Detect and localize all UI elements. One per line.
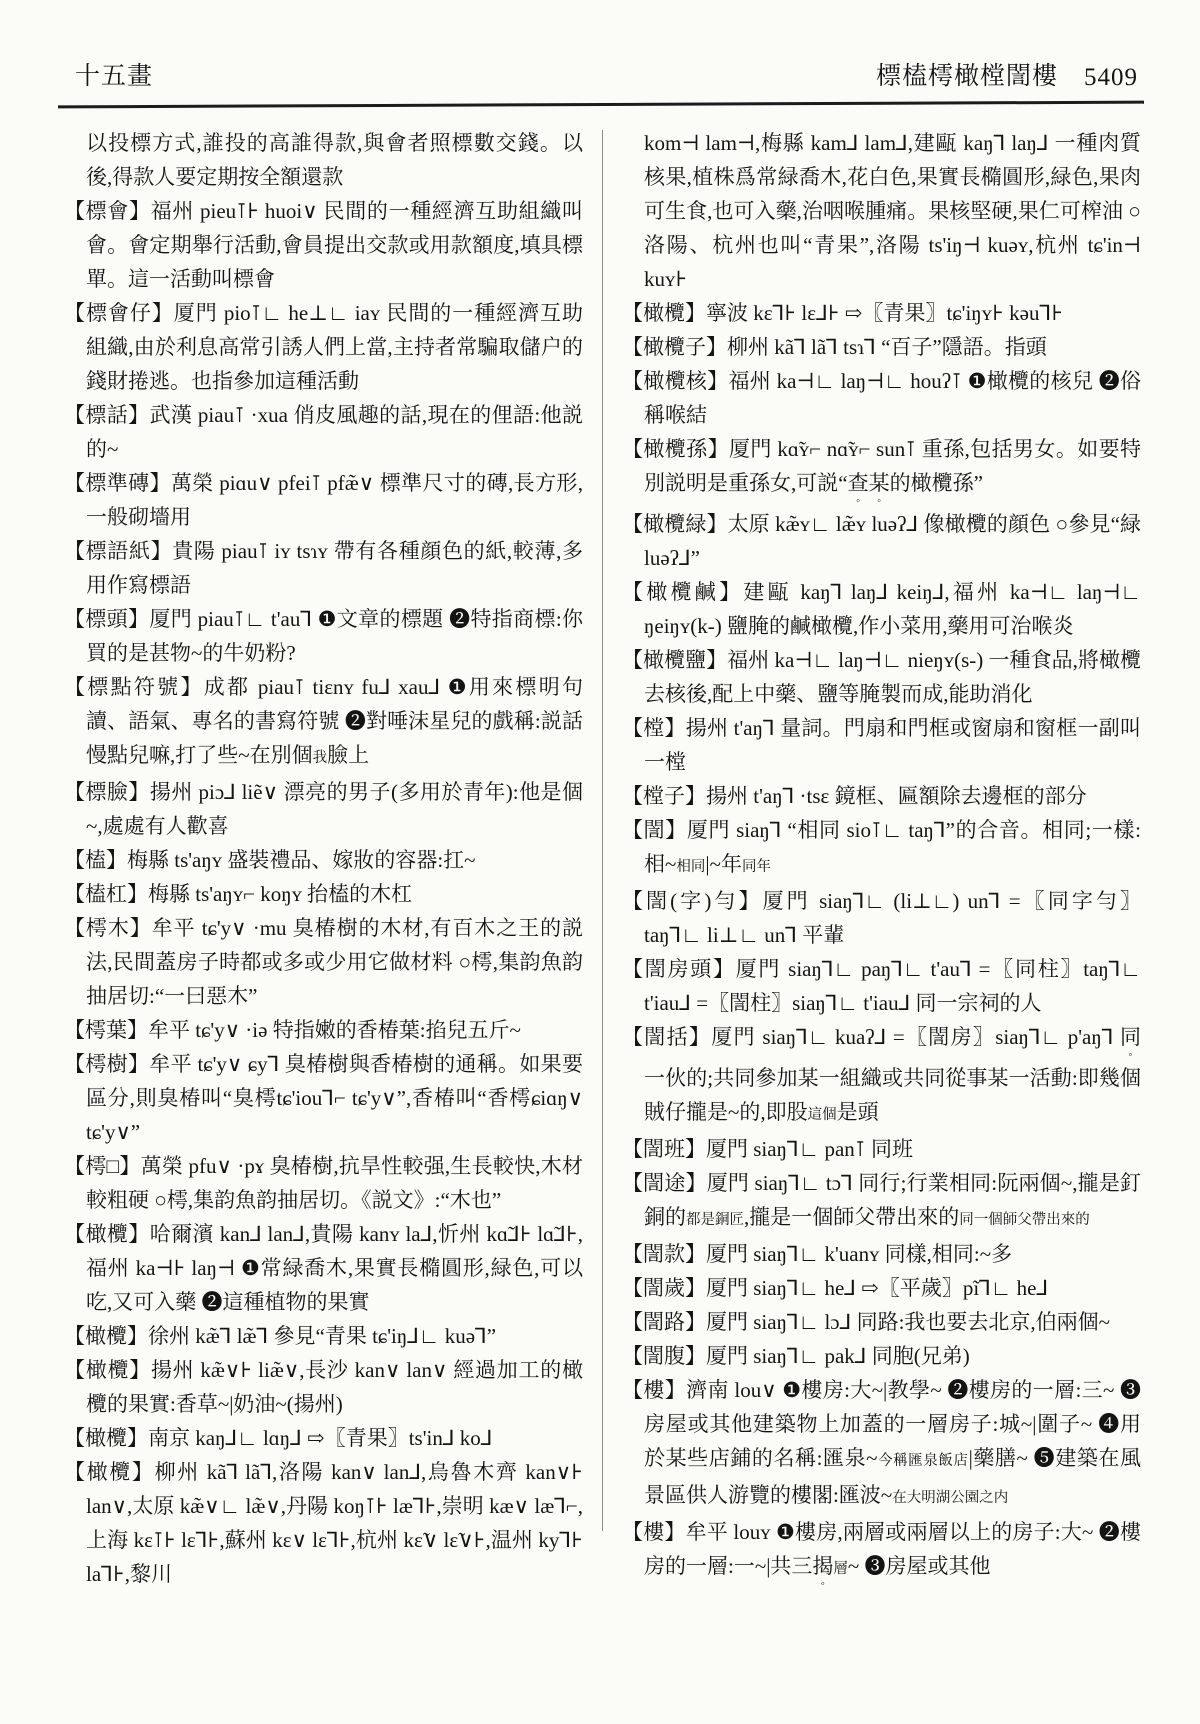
- entry-標準磚: 【標準磚】萬榮 piɑu∨ pfei⊺ pfæ̃∨ 標準尺寸的磚,長方形,一般砌…: [64, 466, 583, 534]
- entry-誾房頭: 【誾房頭】厦門 siaŋ⅂∟ paŋ⅂∟ t'au⅂ =〖同柱〗taŋ⅂∟ t'…: [622, 952, 1141, 1020]
- entry-誾路: 【誾路】厦門 siaŋ⅂∟ lɔ⅃ 同路:我也要去北京,伯兩個~: [622, 1305, 1141, 1339]
- headword: 【樗樹】: [64, 1052, 149, 1076]
- inline-gloss-note: 今稱匯泉飯店: [878, 1453, 969, 1469]
- headword: 【誾歲】: [622, 1276, 706, 1300]
- entry-樓: 【樓】牟平 louʏ ❶樓房,兩層或兩層以上的房子:大~ ❷樓房的一層:一~|共…: [622, 1515, 1141, 1590]
- inline-gloss-note: 這個: [808, 1107, 837, 1123]
- entry-誾款: 【誾款】厦門 siaŋ⅂∟ k'uanʏ 同樣,相同:~多: [622, 1237, 1141, 1271]
- entry-誾: 【誾】厦門 siaŋ⅂ “相同 sio⊺∟ taŋ⅂”的合音。相同;一樣:相~相…: [622, 813, 1141, 884]
- headword: 【橄欖】: [64, 1358, 151, 1382]
- continuation-paragraph: 以投標方式,誰投的高誰得款,與會者照標數交錢。以後,得款人要定期按全額還款: [64, 126, 583, 194]
- headword: 【橄欖】: [64, 1222, 150, 1246]
- headword: 【標會仔】: [64, 301, 174, 325]
- entry-樘子: 【樘子】揚州 t'aŋ⅂ ·tsɛ 鏡框、匾額除去邊框的部分: [622, 779, 1141, 813]
- headword: 【標語紙】: [64, 539, 172, 563]
- headword: 【誾班】: [622, 1137, 706, 1161]
- inline-gloss-note: 同年: [742, 859, 771, 875]
- headword: 【標準磚】: [64, 471, 171, 495]
- headword: 【樓】: [622, 1520, 686, 1544]
- headword: 【樘】: [622, 716, 686, 740]
- entry-橄欖鹽: 【橄欖鹽】福州 ka⊣∟ laŋ⊣∟ nieŋʏ(s-) 一種食品,將橄欖去核後…: [622, 643, 1141, 711]
- headword: 【橄欖】: [64, 1324, 148, 1348]
- headword: 【誾括】: [622, 1025, 711, 1049]
- entry-榼杠: 【榼杠】梅縣 ts'aŋʏ⌐ koŋʏ 抬榼的木杠: [64, 877, 583, 911]
- headword: 【樗木】: [64, 916, 152, 940]
- entry-樓: 【樓】濟南 lou∨ ❶樓房:大~|教學~ ❷樓房的一層:三~ ❸房屋或其他建築…: [622, 1373, 1141, 1515]
- inline-gloss-note: 層: [833, 1561, 848, 1577]
- entry-橄欖鹹: 【橄欖鹹】建甌 kaŋ⅂ laŋ⅃ keiŋ⅃,福州 ka⊣∟ laŋ⊣∟ ŋe…: [622, 575, 1141, 643]
- headword: 【誾腹】: [622, 1344, 706, 1368]
- header-rule: [58, 101, 1144, 109]
- headword: 【標點符號】: [64, 675, 204, 699]
- headword: 【樗葉】: [64, 1018, 148, 1042]
- entry-橄欖核: 【橄欖核】福州 ka⊣∟ laŋ⊣∟ houʔ⊺ ❶橄欖的核兒 ❷俗稱喉結: [622, 364, 1141, 432]
- entry-樗□: 【樗□】萬榮 pfu∨ ·pɤ 臭椿樹,抗旱性較强,生長較快,木材較粗硬 ○樗,…: [64, 1149, 583, 1217]
- entry-橄欖子: 【橄欖子】柳州 kã⅂ lã⅂ tsɿ⅂ “百子”隱語。指頭: [622, 330, 1141, 364]
- entry-橄欖: 【橄欖】柳州 kã⅂ lã⅂,洛陽 kan∨ lan⅃,烏魯木齊 kan∨⊦ l…: [64, 1455, 583, 1591]
- entry-橄欖: 【橄欖】寧波 kɛ⅂⊦ lɛ⅃⊦ ⇨〖青果〗tɕ'iŋʏ⊦ kəu⅂⊦: [622, 296, 1141, 330]
- entry-樗木: 【樗木】牟平 tɕ'y∨ ·mu 臭椿樹的木材,有百木之王的説法,民間蓋房子時都…: [64, 911, 583, 1013]
- left-column: 以投標方式,誰投的高誰得款,與會者照標數交錢。以後,得款人要定期按全額還款【標會…: [64, 126, 583, 1591]
- entry-誾途: 【誾途】厦門 siaŋ⅂∟ tɔ⅂ 同行;行業相同:阮兩個~,攏是釘銅的都是銅匠…: [622, 1166, 1141, 1237]
- continuation-paragraph: kom⊣ lam⊣,梅縣 kam⅃ lam⅃,建甌 kaŋ⅂ laŋ⅃ 一種肉質…: [622, 126, 1141, 296]
- headword: 【樘子】: [622, 784, 706, 808]
- entry-標會: 【標會】福州 pieu⊺⊦ huoi∨ 民間的一種經濟互助組織叫會。會定期舉行活…: [64, 194, 583, 296]
- headword: 【誾】: [622, 818, 687, 842]
- headword: 【標會】: [64, 199, 151, 223]
- headword: 【誾房頭】: [622, 957, 736, 981]
- inline-gloss-note: 在大明湖公園之内: [892, 1490, 1008, 1506]
- headword: 【誾途】: [622, 1171, 707, 1195]
- headword: 【誾(字)勻】: [622, 889, 763, 913]
- headword: 【橄欖】: [64, 1426, 148, 1450]
- entry-樗樹: 【樗樹】牟平 tɕ'y∨ ɕy⅂ 臭椿樹與香椿樹的通稱。如果要區分,則臭椿叫“臭…: [64, 1047, 583, 1149]
- entry-樘: 【樘】揚州 t'aŋ⅂ 量詞。門扇和門框或窗扇和窗框一副叫一樘: [622, 711, 1141, 779]
- entry-標頭: 【標頭】厦門 piau⊺∟ t'au⅂ ❶文章的標題 ❷特指商標:你買的是甚物~…: [64, 602, 583, 670]
- header-characters: 標榼樗橄樘誾樓: [876, 56, 1058, 92]
- entry-誾班: 【誾班】厦門 siaŋ⅂∟ pan⊺ 同班: [622, 1132, 1141, 1166]
- dialect-marked-text: 查某: [848, 471, 890, 495]
- headword: 【橄欖子】: [622, 335, 727, 359]
- entry-誾(字)勻: 【誾(字)勻】厦門 siaŋ⅂∟ (li⊥∟) un⅂ =〖同字勻〗taŋ⅂∟ …: [622, 884, 1141, 952]
- entry-誾歲: 【誾歲】厦門 siaŋ⅂∟ he⅃ ⇨〖平歲〗pĩ⅂∟ he⅃: [622, 1271, 1141, 1305]
- entry-榼: 【榼】梅縣 ts'aŋʏ 盛裝禮品、嫁妝的容器:扛~: [64, 843, 583, 877]
- stroke-section-label: 十五畫: [75, 56, 153, 92]
- dialect-marked-text: 同: [1120, 1025, 1141, 1049]
- headword: 【榼】: [64, 848, 127, 872]
- entry-橄欖: 【橄欖】揚州 kæ̃∨⊦ liæ̃∨,長沙 kan∨ lan∨ 經過加工的橄欖的…: [64, 1353, 583, 1421]
- headword: 【橄欖緑】: [622, 512, 728, 536]
- entry-標語紙: 【標語紙】貴陽 piau⊺ iʏ tsɿʏ 帶有各種顔色的紙,較薄,多用作寫標語: [64, 534, 583, 602]
- header-right: 標榼樗橄樘誾樓 5409: [876, 56, 1138, 92]
- entry-誾括: 【誾括】厦門 siaŋ⅂∟ kuaʔ⅃ =〖誾房〗siaŋ⅂∟ p'aŋ⅂ 同一…: [622, 1020, 1141, 1132]
- entry-標點符號: 【標點符號】成都 piau⊺ tiɛnʏ fu⅃ xau⅃ ❶用來標明句讀、語氣…: [64, 670, 583, 775]
- headword: 【樓】: [622, 1378, 686, 1402]
- dialect-marked-text: 揭: [812, 1554, 833, 1578]
- inline-gloss-note: 都是銅匠: [686, 1212, 744, 1228]
- headword: 【誾款】: [622, 1242, 706, 1266]
- headword: 【標頭】: [64, 607, 149, 631]
- inline-gloss-note: 我: [313, 750, 328, 766]
- headword: 【榼杠】: [64, 882, 148, 906]
- inline-gloss-note: 相同: [676, 859, 705, 875]
- entry-橄欖孫: 【橄欖孫】厦門 kɑ̃ʏ⌐ nɑ̃ʏ⌐ sun⊺ 重孫,包括男女。如要特別説明是…: [622, 432, 1141, 507]
- headword: 【誾路】: [622, 1310, 706, 1334]
- entry-橄欖: 【橄欖】徐州 kæ̃⅂ læ̃⅂ 參見“青果 tɕ'iŋ⅃∟ kuə⅂”: [64, 1319, 583, 1353]
- headword: 【橄欖鹹】: [622, 580, 743, 604]
- headword: 【標臉】: [64, 780, 150, 804]
- entry-標臉: 【標臉】揚州 piɔ⅃ liẽ∨ 漂亮的男子(多用於青年):他是個~,處處有人歡…: [64, 775, 583, 843]
- entry-樗葉: 【樗葉】牟平 tɕ'y∨ ·iə 特指嫩的香椿葉:掐兒五斤~: [64, 1013, 583, 1047]
- page-number: 5409: [1084, 64, 1138, 92]
- headword: 【橄欖核】: [622, 369, 728, 393]
- entry-誾腹: 【誾腹】厦門 siaŋ⅂∟ pak⅃ 同胞(兄弟): [622, 1339, 1141, 1373]
- headword: 【標話】: [64, 403, 150, 427]
- column-divider: [602, 130, 603, 1531]
- page-header: 十五畫 標榼樗橄樘誾樓 5409: [75, 56, 1138, 92]
- headword: 【樗□】: [64, 1154, 141, 1178]
- entry-橄欖: 【橄欖】哈爾濱 kan⅃ lan⅃,貴陽 kanʏ la⅃,忻州 kɑ̃⅃⊦ l…: [64, 1217, 583, 1319]
- right-column: kom⊣ lam⊣,梅縣 kam⅃ lam⅃,建甌 kaŋ⅂ laŋ⅃ 一種肉質…: [622, 126, 1141, 1591]
- headword: 【橄欖】: [622, 301, 706, 325]
- headword: 【橄欖孫】: [622, 437, 729, 461]
- inline-gloss-note: 同一個師父帶出來的: [959, 1212, 1090, 1228]
- entry-標話: 【標話】武漢 piau⊺ ·xua 俏皮風趣的話,現在的俚語:他説的~: [64, 398, 583, 466]
- headword: 【橄欖】: [64, 1460, 155, 1484]
- text-columns: 以投標方式,誰投的高誰得款,與會者照標數交錢。以後,得款人要定期按全額還款【標會…: [64, 126, 1141, 1591]
- headword: 【橄欖鹽】: [622, 648, 727, 672]
- dictionary-page: 十五畫 標榼樗橄樘誾樓 5409 以投標方式,誰投的高誰得款,與會者照標數交錢。…: [0, 0, 1200, 1724]
- entry-橄欖緑: 【橄欖緑】太原 kæ̃ʏ∟ læ̃ʏ luəʔ⅃ 像橄欖的顔色 ○參見“緑 lu…: [622, 507, 1141, 575]
- entry-橄欖: 【橄欖】南京 kaŋ⅃∟ lɑŋ⅃ ⇨〖青果〗ts'in⅃ ko⅃: [64, 1421, 583, 1455]
- entry-標會仔: 【標會仔】厦門 pio⊺∟ he⊥∟ iaʏ 民間的一種經濟互助組織,由於利息高…: [64, 296, 583, 398]
